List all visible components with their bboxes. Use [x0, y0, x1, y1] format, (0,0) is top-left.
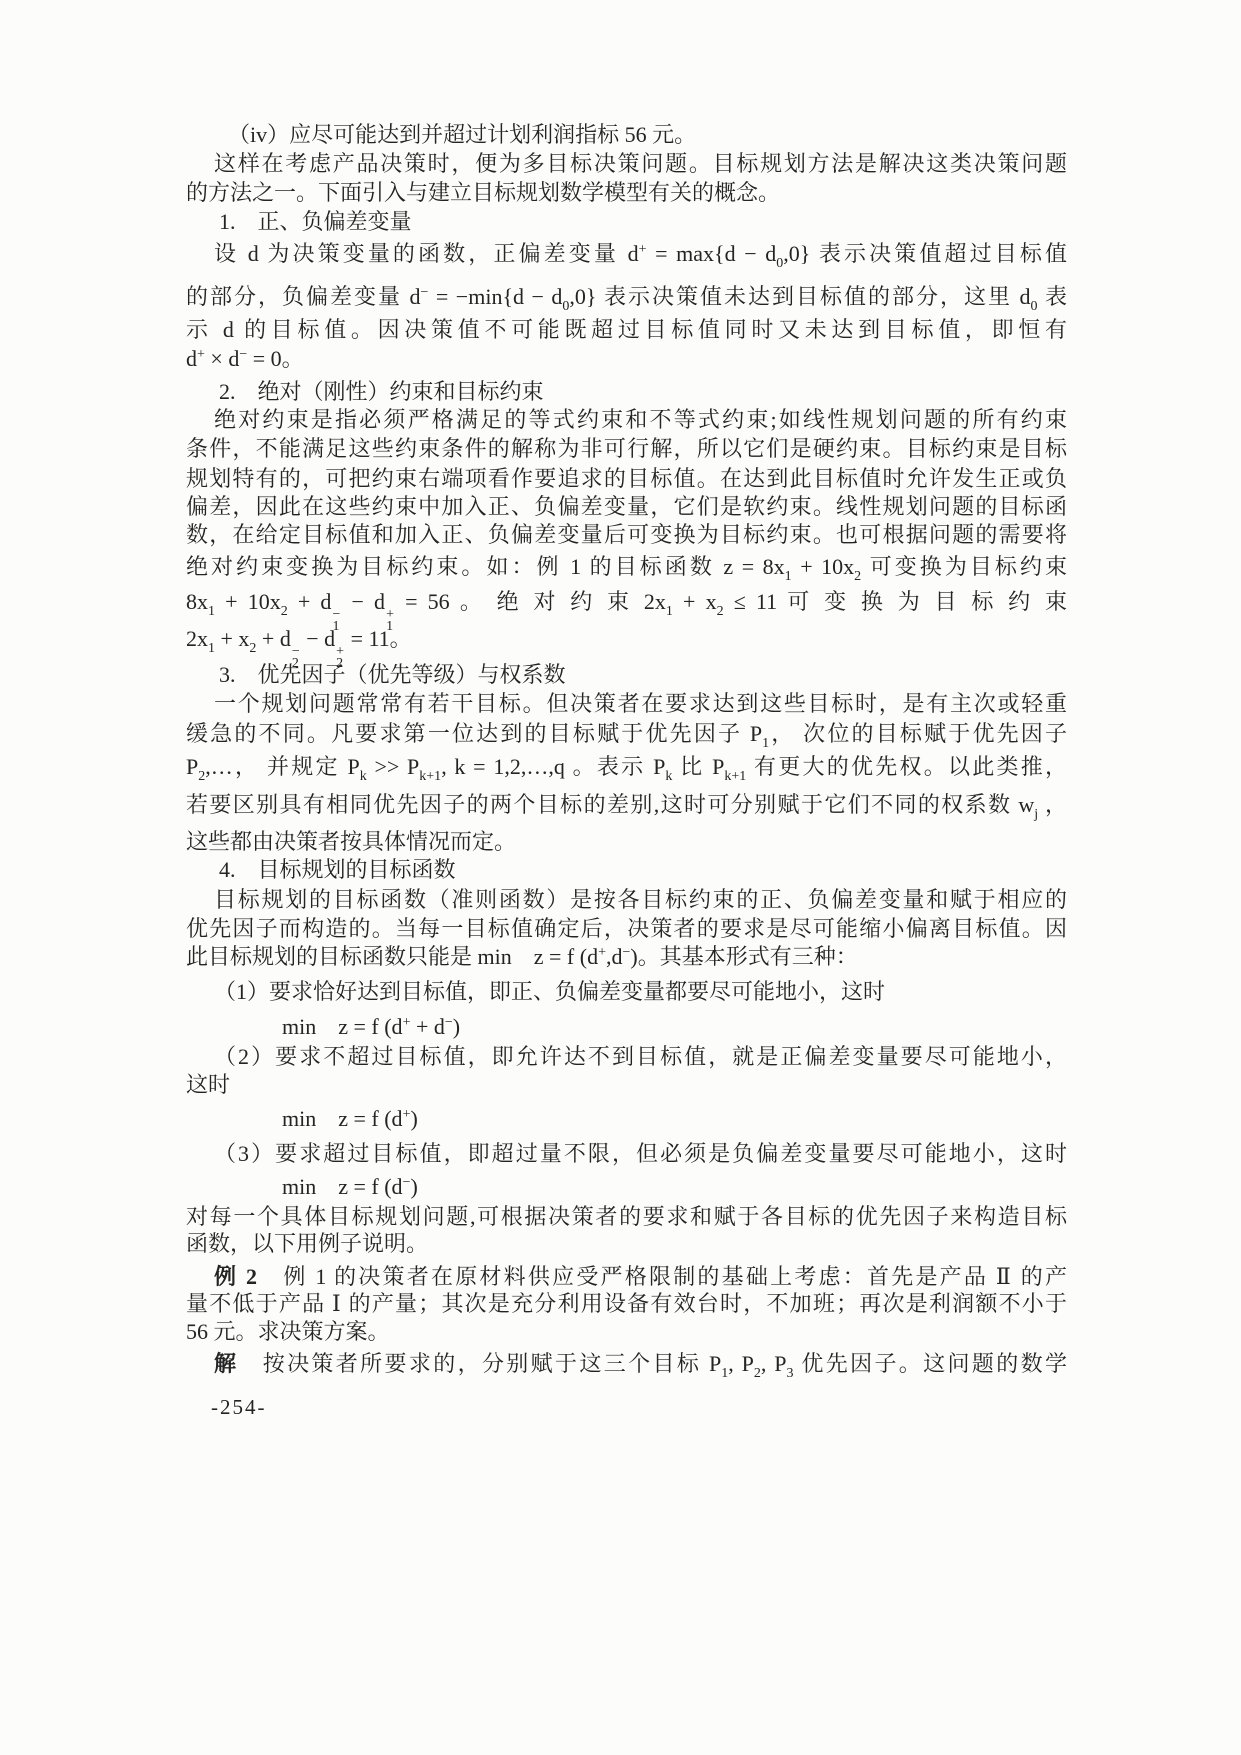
- body-text: 56 元。求决策方案。: [186, 1319, 390, 1344]
- body-text: 数，在给定目标值和加入正、负偏差变量后可变换为目标约束。也可根据问题的需要将: [186, 522, 1067, 547]
- body-text: 为决策变量的函数，正偏差变量: [259, 241, 628, 266]
- body-text: 绝对约束是指必须严格满足的等式约束和不等式约束;如线性规划问题的所有约束: [214, 407, 1067, 432]
- text-line: 这些都由决策者按具体情况而定。: [186, 827, 1067, 855]
- math-text: × d: [205, 346, 239, 371]
- math-text: 1: [666, 604, 673, 619]
- text-line: 此目标规划的目标函数只能是 min z = f (d+,d−)。其基本形式有三种…: [186, 942, 1067, 977]
- body-text: 优先因子。这问题的数学: [794, 1351, 1067, 1376]
- body-text: 的方法之一。下面引入与建立目标规划数学模型有关的概念。: [186, 180, 780, 205]
- document-page: （iv）应尽可能达到并超过计划利润指标 56 元。这样在考虑产品决策时，便为多目…: [0, 0, 1241, 1755]
- body-text: 此目标规划的目标函数只能是: [186, 944, 478, 969]
- math-text: ): [630, 944, 637, 969]
- body-text: 这样在考虑产品决策时，便为多目标决策问题。目标规划方法是解决这类决策问题: [214, 151, 1067, 176]
- formula-line: min z = f (d−): [186, 1172, 1067, 1202]
- body-text: 对每一个具体目标规划问题,可根据决策者的要求和赋于各目标的优先因子来构造目标: [186, 1204, 1067, 1229]
- text-line: 量不低于产品 Ⅰ 的产量；其次是充分利用设备有效台时，不加班；再次是利润额不小于: [186, 1289, 1067, 1317]
- body-text: 可变换为目标约束: [861, 554, 1067, 579]
- math-text: P: [709, 1351, 721, 1376]
- body-text: 2. 绝对（刚性）约束和目标约束: [219, 379, 544, 404]
- text-line: 条件，不能满足这些约束条件的解称为非可行解，所以它们是硬约束。目标约束是目标: [186, 434, 1067, 464]
- text-line: 一个规划问题常常有若干目标。但决策者在要求达到这些目标时，是有主次或轻重: [186, 689, 1067, 719]
- intro-item-iv: （iv）应尽可能达到并超过计划利润指标 56 元。: [186, 120, 1067, 149]
- math-text: − d: [301, 626, 335, 651]
- body-text: 3. 优先因子（优先等级）与权系数: [219, 662, 566, 687]
- math-text: d: [628, 241, 639, 266]
- math-text: min z = f (d: [478, 944, 599, 969]
- body-text: 。表示: [565, 754, 653, 779]
- math-text: 1: [208, 641, 215, 656]
- body-text: 绝对约束变换为目标约束。如：例 1 的目标函数: [186, 554, 723, 579]
- math-text: + 10x: [215, 589, 281, 614]
- body-text: 示: [186, 317, 223, 342]
- math-text: P: [653, 754, 665, 779]
- math-text: z = 8x: [723, 554, 784, 579]
- body-text: 优先因子而构造的。当每一目标值确定后，决策者的要求是尽可能缩小偏离目标值。因: [186, 916, 1067, 941]
- formula-line: 8x1 + 10x2 + d−1 − d+1 = 56 。 绝 对 约 束 2x…: [186, 587, 1067, 624]
- formula-line: min z = f (d+): [186, 1104, 1067, 1139]
- math-text: P: [186, 754, 198, 779]
- math-text: 2x: [186, 626, 208, 651]
- math-text: d: [248, 241, 259, 266]
- body-text: 按决策者所要求的，分别赋于这三个目标: [238, 1351, 709, 1376]
- math-text: ,…: [205, 754, 233, 779]
- math-text: 2: [281, 604, 288, 619]
- text-line: 数，在给定目标值和加入正、负偏差变量后可变换为目标约束。也可根据问题的需要将: [186, 520, 1067, 552]
- math-text: k: [360, 769, 367, 784]
- math-text: ,0}: [783, 241, 810, 266]
- body-text: （2）要求不超过目标值，即允许达不到目标值，就是正偏差变量要尽可能地小，: [214, 1044, 1067, 1069]
- math-text: = −min{d − d: [428, 284, 562, 309]
- math-text: + d: [288, 589, 332, 614]
- math-text: P: [347, 754, 359, 779]
- math-text: +: [598, 945, 606, 960]
- math-text: ,d: [606, 944, 623, 969]
- math-text: = max{d − d: [647, 241, 777, 266]
- body-text: 函数，以下用例子说明。: [186, 1231, 428, 1256]
- section-heading-2: 2. 绝对（刚性）约束和目标约束: [186, 377, 1067, 405]
- document-body: （iv）应尽可能达到并超过计划利润指标 56 元。这样在考虑产品决策时，便为多目…: [186, 120, 1067, 1400]
- math-text: k+1: [724, 769, 746, 784]
- math-text: d: [1019, 284, 1030, 309]
- body-text: 缓急的不同。凡要求第一位达到的目标赋于优先因子: [186, 721, 750, 746]
- math-text: ): [410, 1174, 417, 1199]
- body-text: 设: [214, 241, 248, 266]
- body-text: 表: [1037, 284, 1067, 309]
- math-text: min z = f (d: [282, 1174, 403, 1199]
- body-text: （1）要求恰好达到目标值，即正、负偏差变量都要尽可能地小，这时: [214, 979, 885, 1004]
- math-text: = 0: [247, 346, 281, 371]
- math-text: 2: [717, 604, 724, 619]
- math-text: ,0}: [569, 284, 596, 309]
- text-line: P2,…， 并规定 Pk >> Pk+1, k = 1,2,…,q 。表示 Pk…: [186, 752, 1067, 790]
- math-text: + d: [256, 626, 290, 651]
- text-line: （1）要求恰好达到目标值，即正、负偏差变量都要尽可能地小，这时: [186, 977, 1067, 1012]
- math-text: min z = f (d: [282, 1014, 403, 1039]
- math-text: d: [410, 284, 421, 309]
- body-text: 。: [282, 346, 304, 371]
- body-text: 偏差，因此在这些约束中加入正、负偏差变量，它们是软约束。线性规划问题的目标函: [186, 494, 1067, 519]
- body-text: 条件，不能满足这些约束条件的解称为非可行解，所以它们是硬约束。目标约束是目标: [186, 436, 1067, 461]
- math-text: ): [410, 1106, 417, 1131]
- text-line: 优先因子而构造的。当每一目标值确定后，决策者的要求是尽可能缩小偏离目标值。因: [186, 914, 1067, 942]
- text-line: 偏差，因此在这些约束中加入正、负偏差变量，它们是软约束。线性规划问题的目标函: [186, 492, 1067, 520]
- math-text: P: [750, 721, 762, 746]
- math-text: >> P: [367, 754, 420, 779]
- math-text: w: [1018, 792, 1034, 817]
- formula-line: 2x1 + x2 + d−2 − d+2 = 11。: [186, 624, 1067, 660]
- example-2-line: 例 2 例 1 的决策者在原材料供应受严格限制的基础上考虑：首先是产品 Ⅱ 的产: [186, 1262, 1067, 1289]
- body-text: 例 2: [214, 1264, 257, 1289]
- body-text: 量不低于产品 Ⅰ 的产量；其次是充分利用设备有效台时，不加班；再次是利润额不小于: [186, 1291, 1067, 1316]
- math-text: + x: [673, 589, 717, 614]
- text-line: 设 d 为决策变量的函数，正偏差变量 d+ = max{d − d0,0} 表示…: [186, 239, 1067, 282]
- page-number: -254-: [211, 1395, 267, 1420]
- body-text: 例 1 的决策者在原材料供应受严格限制的基础上考虑：首先是产品 Ⅱ 的产: [257, 1264, 1067, 1289]
- body-text: 比: [672, 754, 712, 779]
- body-text: 1. 正、负偏差变量: [219, 209, 412, 234]
- math-text: k+1: [419, 769, 441, 784]
- body-text: ， 并规定: [233, 754, 348, 779]
- body-text: 规划特有的，可把约束右端项看作要追求的目标值。在达到此目标值时允许发生正或负: [186, 466, 1067, 491]
- body-text: 4. 目标规划的目标函数: [219, 857, 456, 882]
- text-line: （3）要求超过目标值，即超过量不限，但必须是负偏差变量要尽可能地小，这时: [186, 1139, 1067, 1172]
- math-text: d: [223, 317, 234, 342]
- text-line: 这样在考虑产品决策时，便为多目标决策问题。目标规划方法是解决这类决策问题: [186, 149, 1067, 178]
- math-text: + x: [215, 626, 249, 651]
- body-text: 表示决策值未达到目标值的部分，这里: [596, 284, 1019, 309]
- body-text: 有更大的优先权。以此类推，: [746, 754, 1067, 779]
- text-line: 绝对约束是指必须严格满足的等式约束和不等式约束;如线性规划问题的所有约束: [186, 405, 1067, 434]
- section-heading-4: 4. 目标规划的目标函数: [186, 855, 1067, 885]
- math-text: 1: [208, 604, 215, 619]
- text-line: （2）要求不超过目标值，即允许达不到目标值，就是正偏差变量要尽可能地小，: [186, 1042, 1067, 1070]
- math-text: 2x: [644, 589, 666, 614]
- body-text: 解: [214, 1351, 238, 1376]
- body-text: 这些都由决策者按具体情况而定。: [186, 829, 516, 854]
- math-text: 1: [785, 569, 792, 584]
- math-text: , P: [761, 1351, 787, 1376]
- math-text: min z = f (d: [282, 1106, 403, 1131]
- text-line: 函数，以下用例子说明。: [186, 1229, 1067, 1262]
- text-line: 若要区别具有相同优先因子的两个目标的差别,这时可分别赋于它们不同的权系数 wj …: [186, 790, 1067, 827]
- math-text: +: [197, 347, 205, 362]
- math-text: , P: [728, 1351, 754, 1376]
- body-text: 目标规划的目标函数（准则函数）是按各目标约束的正、负偏差变量和赋于相应的: [214, 887, 1067, 912]
- math-text: ): [453, 1014, 460, 1039]
- math-text: d: [186, 346, 197, 371]
- text-line: 的方法之一。下面引入与建立目标规划数学模型有关的概念。: [186, 178, 1067, 207]
- math-text: P: [712, 754, 724, 779]
- text-line: 绝对约束变换为目标约束。如：例 1 的目标函数 z = 8x1 + 10x2 可…: [186, 552, 1067, 587]
- body-text: 这时: [186, 1072, 230, 1097]
- body-text: （3）要求超过目标值，即超过量不限，但必须是负偏差变量要尽可能地小，这时: [214, 1141, 1067, 1166]
- text-line: 规划特有的，可把约束右端项看作要追求的目标值。在达到此目标值时允许发生正或负: [186, 464, 1067, 492]
- math-text: 2: [754, 1366, 761, 1381]
- math-text: + d: [410, 1014, 444, 1039]
- math-text: ≤ 11: [724, 589, 778, 614]
- math-text: , k = 1,2,…,q: [441, 754, 565, 779]
- body-text: 。: [390, 626, 412, 651]
- section-heading-3: 3. 优先因子（优先等级）与权系数: [186, 660, 1067, 689]
- text-line: 这时: [186, 1070, 1067, 1104]
- body-text: ， 次位的目标赋于优先因子: [769, 721, 1067, 746]
- text-line: 目标规划的目标函数（准则函数）是按各目标约束的正、负偏差变量和赋于相应的: [186, 885, 1067, 914]
- body-text: 的部分，负偏差变量: [186, 284, 410, 309]
- text-line: 56 元。求决策方案。: [186, 1317, 1067, 1349]
- body-text: 一个规划问题常常有若干目标。但决策者在要求达到这些目标时，是有主次或轻重: [214, 691, 1067, 716]
- section-heading-1: 1. 正、负偏差变量: [186, 207, 1067, 239]
- body-text: ，: [1038, 792, 1067, 817]
- math-text: = 56: [395, 589, 450, 614]
- text-line: 缓急的不同。凡要求第一位达到的目标赋于优先因子 P1， 次位的目标赋于优先因子: [186, 719, 1067, 752]
- text-line: 对每一个具体目标规划问题,可根据决策者的要求和赋于各目标的优先因子来构造目标: [186, 1202, 1067, 1229]
- body-text: 可 变 换 为 目 标 约 束: [777, 589, 1067, 614]
- text-line: 示 d 的目标值。因决策值不可能既超过目标值同时又未达到目标值，即恒有: [186, 315, 1067, 344]
- formula-line: min z = f (d+ + d−): [186, 1012, 1067, 1042]
- body-text: 的目标值。因决策值不可能既超过目标值同时又未达到目标值，即恒有: [234, 317, 1067, 342]
- math-text: − d: [341, 589, 385, 614]
- text-line: 的部分，负偏差变量 d− = −min{d − d0,0} 表示决策值未达到目标…: [186, 282, 1067, 315]
- math-text: −: [445, 1015, 453, 1030]
- body-text: （iv）应尽可能达到并超过计划利润指标 56 元。: [228, 122, 696, 147]
- body-text: 若要区别具有相同优先因子的两个目标的差别,这时可分别赋于它们不同的权系数: [186, 792, 1018, 817]
- body-text: 。 绝 对 约 束: [450, 589, 644, 614]
- math-text: + 10x: [792, 554, 855, 579]
- math-text: +: [639, 242, 647, 257]
- math-text: 8x: [186, 589, 208, 614]
- body-text: 表示决策值超过目标值: [810, 241, 1067, 266]
- body-text: 。其基本形式有三种：: [638, 944, 858, 969]
- solution-line: 解 按决策者所要求的，分别赋于这三个目标 P1, P2, P3 优先因子。这问题…: [186, 1349, 1067, 1400]
- formula-line: d+ × d− = 0。: [186, 344, 1067, 377]
- math-text: 3: [787, 1366, 794, 1381]
- math-text: = 11: [345, 626, 390, 651]
